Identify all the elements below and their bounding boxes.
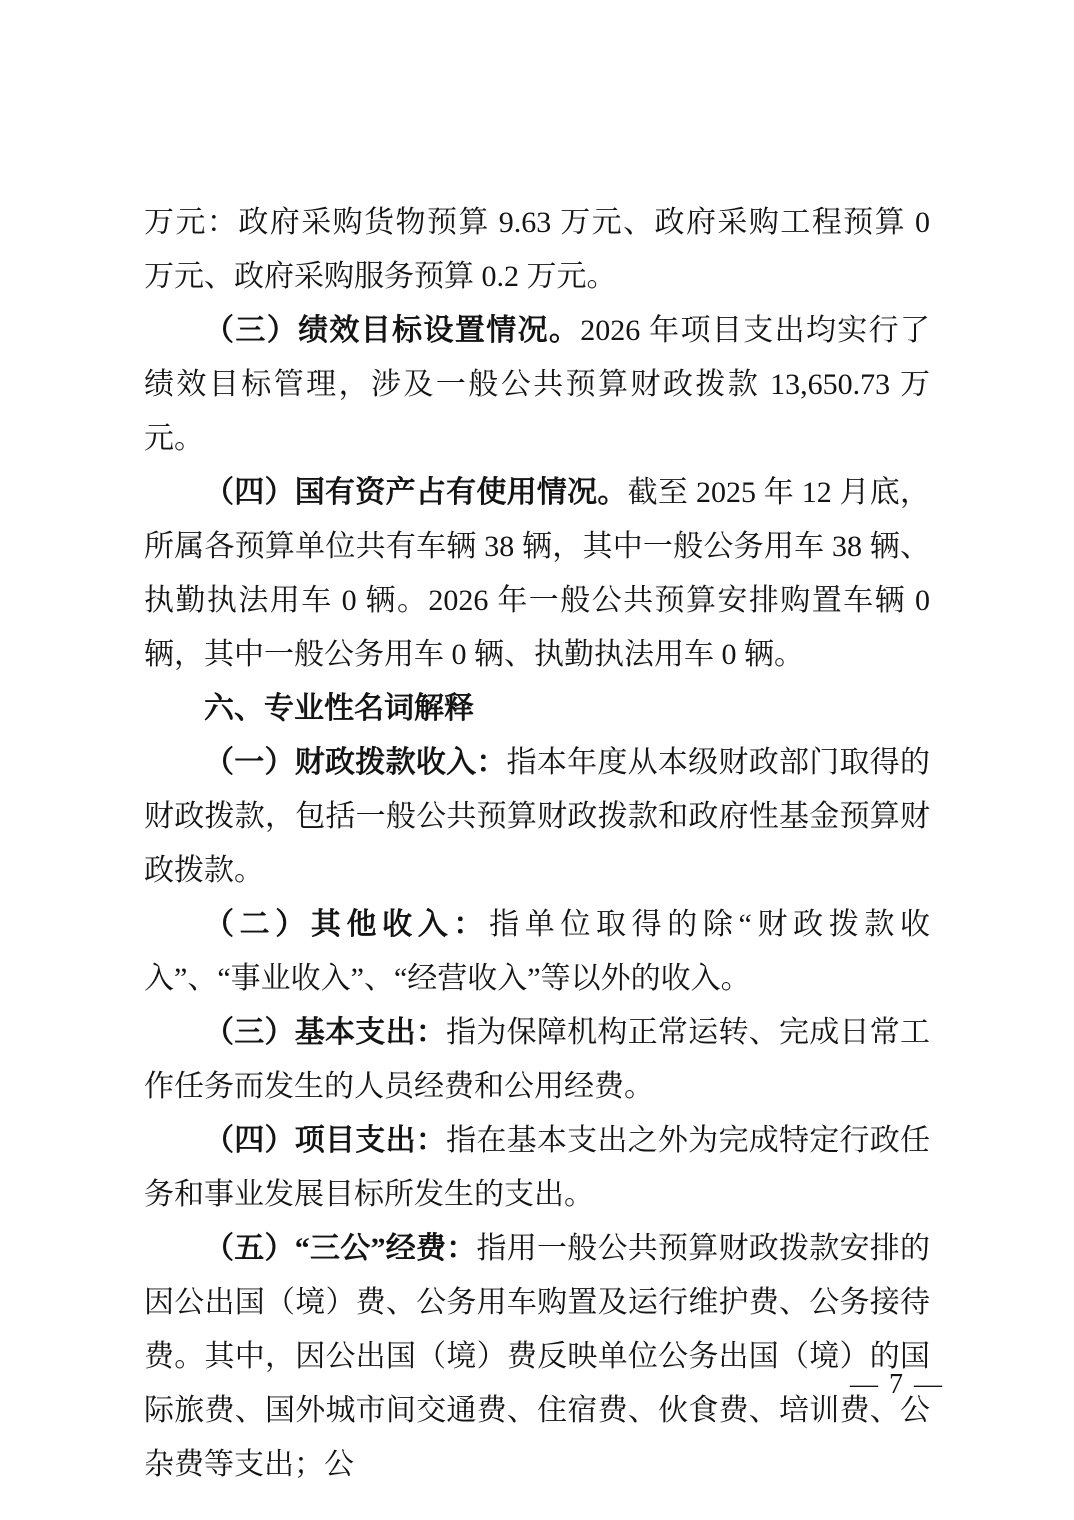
paragraph-procurement-continued: 万元：政府采购货物预算 9.63 万元、政府采购工程预算 0 万元、政府采购服务… [144, 196, 930, 304]
paragraph-definition-fiscal-appropriation: （一）财政拨款收入：指本年度从本级财政部门取得的财政拨款，包括一般公共预算财政拨… [144, 736, 930, 898]
paragraph-lead: （四）项目支出： [204, 1124, 446, 1157]
paragraph-definition-other-income: （二）其他收入：指单位取得的除“财政拨款收入”、“事业收入”、“经营收入”等以外… [144, 898, 930, 1006]
paragraph-state-assets: （四）国有资产占有使用情况。截至 2025 年 12 月底，所属各预算单位共有车… [144, 466, 930, 682]
paragraph-lead: （三）基本支出： [204, 1016, 446, 1049]
paragraph-definition-three-public-funds: （五）“三公”经费：指用一般公共预算财政拨款安排的因公出国（境）费、公务用车购置… [144, 1222, 930, 1492]
paragraph-lead: （四）国有资产占有使用情况。 [204, 476, 628, 509]
paragraph-lead: （二）其他收入： [204, 908, 489, 941]
page-number: — 7 — [850, 1370, 944, 1400]
document-body: 万元：政府采购货物预算 9.63 万元、政府采购工程预算 0 万元、政府采购服务… [144, 196, 930, 1492]
paragraph-performance-targets: （三）绩效目标设置情况。2026 年项目支出均实行了绩效目标管理，涉及一般公共预… [144, 304, 930, 466]
paragraph-text: 指用一般公共预算财政拨款安排的因公出国（境）费、公务用车购置及运行维护费、公务接… [144, 1232, 930, 1481]
section-heading-terms: 六、专业性名词解释 [144, 682, 930, 736]
paragraph-lead: （一）财政拨款收入： [204, 746, 507, 779]
paragraph-definition-project-expenditure: （四）项目支出：指在基本支出之外为完成特定行政任务和事业发展目标所发生的支出。 [144, 1114, 930, 1222]
paragraph-definition-basic-expenditure: （三）基本支出：指为保障机构正常运转、完成日常工作任务而发生的人员经费和公用经费… [144, 1006, 930, 1114]
paragraph-text: 万元：政府采购货物预算 9.63 万元、政府采购工程预算 0 万元、政府采购服务… [144, 206, 930, 293]
paragraph-lead: （五）“三公”经费： [204, 1232, 477, 1265]
paragraph-lead: （三）绩效目标设置情况。 [204, 314, 580, 347]
